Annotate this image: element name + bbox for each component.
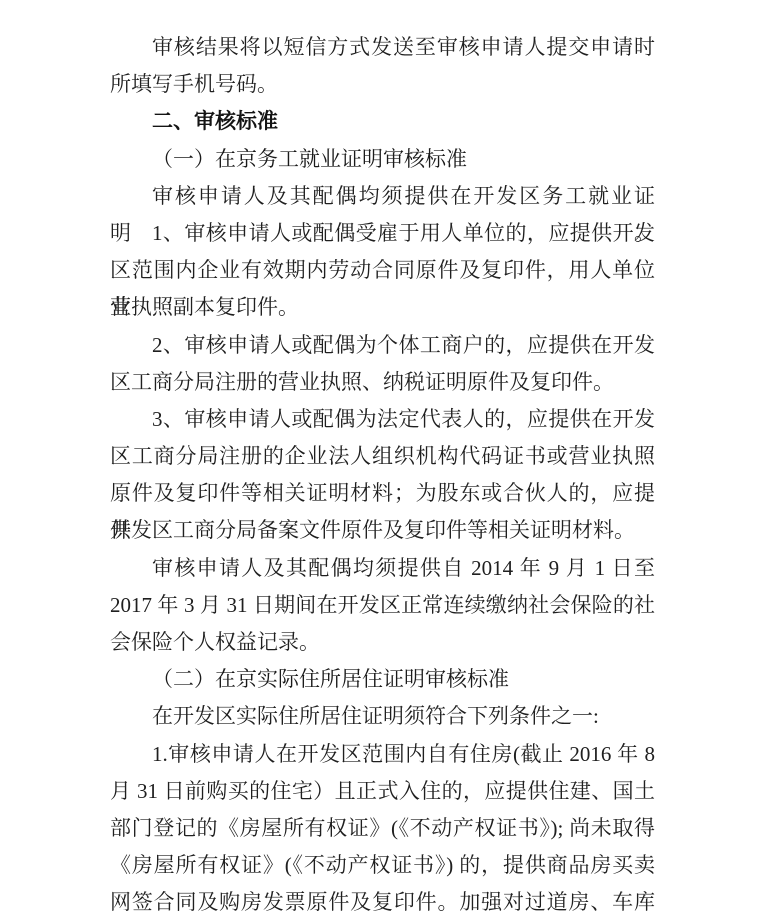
text-line-16: 2017 年 3 月 31 日期间在开发区正常连续缴纳社会保险的社 [110,587,655,624]
text-line-13: 原件及复印件等相关证明材料；为股东或合伙人的，应提供 [110,475,655,512]
text-line-19: 在开发区实际住所居住证明须符合下列条件之一: [110,698,655,735]
text-line-4: （一）在京务工就业证明审核标准 [110,141,655,178]
text-line-9: 2、审核申请人或配偶为个体工商户的，应提供在开发 [110,327,655,364]
text-line-23: 《房屋所有权证》(《不动产权证书》) 的，提供商品房买卖 [110,847,655,884]
document-body: 审核结果将以短信方式发送至审核申请人提交申请时所填写手机号码。二、审核标准（一）… [110,29,655,914]
text-line-3: 二、审核标准 [110,103,655,140]
text-line-14: 开发区工商分局备案文件原件及复印件等相关证明材料。 [110,512,655,549]
text-line-2: 所填写手机号码。 [110,66,655,103]
text-line-7: 区范围内企业有效期内劳动合同原件及复印件，用人单位营 [110,252,655,289]
text-line-12: 区工商分局注册的企业法人组织机构代码证书或营业执照 [110,438,655,475]
document-page: 审核结果将以短信方式发送至审核申请人提交申请时所填写手机号码。二、审核标准（一）… [0,0,765,914]
text-line-8: 业执照副本复印件。 [110,289,655,326]
text-line-5: 审核申请人及其配偶均须提供在开发区务工就业证明。 [110,178,655,215]
text-line-18: （二）在京实际住所居住证明审核标准 [110,661,655,698]
text-line-21: 月 31 日前购买的住宅）且正式入住的，应提供住建、国土 [110,773,655,810]
text-line-24: 网签合同及购房发票原件及复印件。加强对过道房、车库房、 [110,884,655,914]
text-line-22: 部门登记的《房屋所有权证》(《不动产权证书》); 尚未取得 [110,810,655,847]
text-line-6: 1、审核申请人或配偶受雇于用人单位的，应提供开发 [110,215,655,252]
text-line-20: 1.审核申请人在开发区范围内自有住房(截止 2016 年 8 [110,736,655,773]
text-line-17: 会保险个人权益记录。 [110,624,655,661]
text-line-11: 3、审核申请人或配偶为法定代表人的，应提供在开发 [110,401,655,438]
text-line-10: 区工商分局注册的营业执照、纳税证明原件及复印件。 [110,364,655,401]
text-line-15: 审核申请人及其配偶均须提供自 2014 年 9 月 1 日至 [110,550,655,587]
text-line-1: 审核结果将以短信方式发送至审核申请人提交申请时 [110,29,655,66]
